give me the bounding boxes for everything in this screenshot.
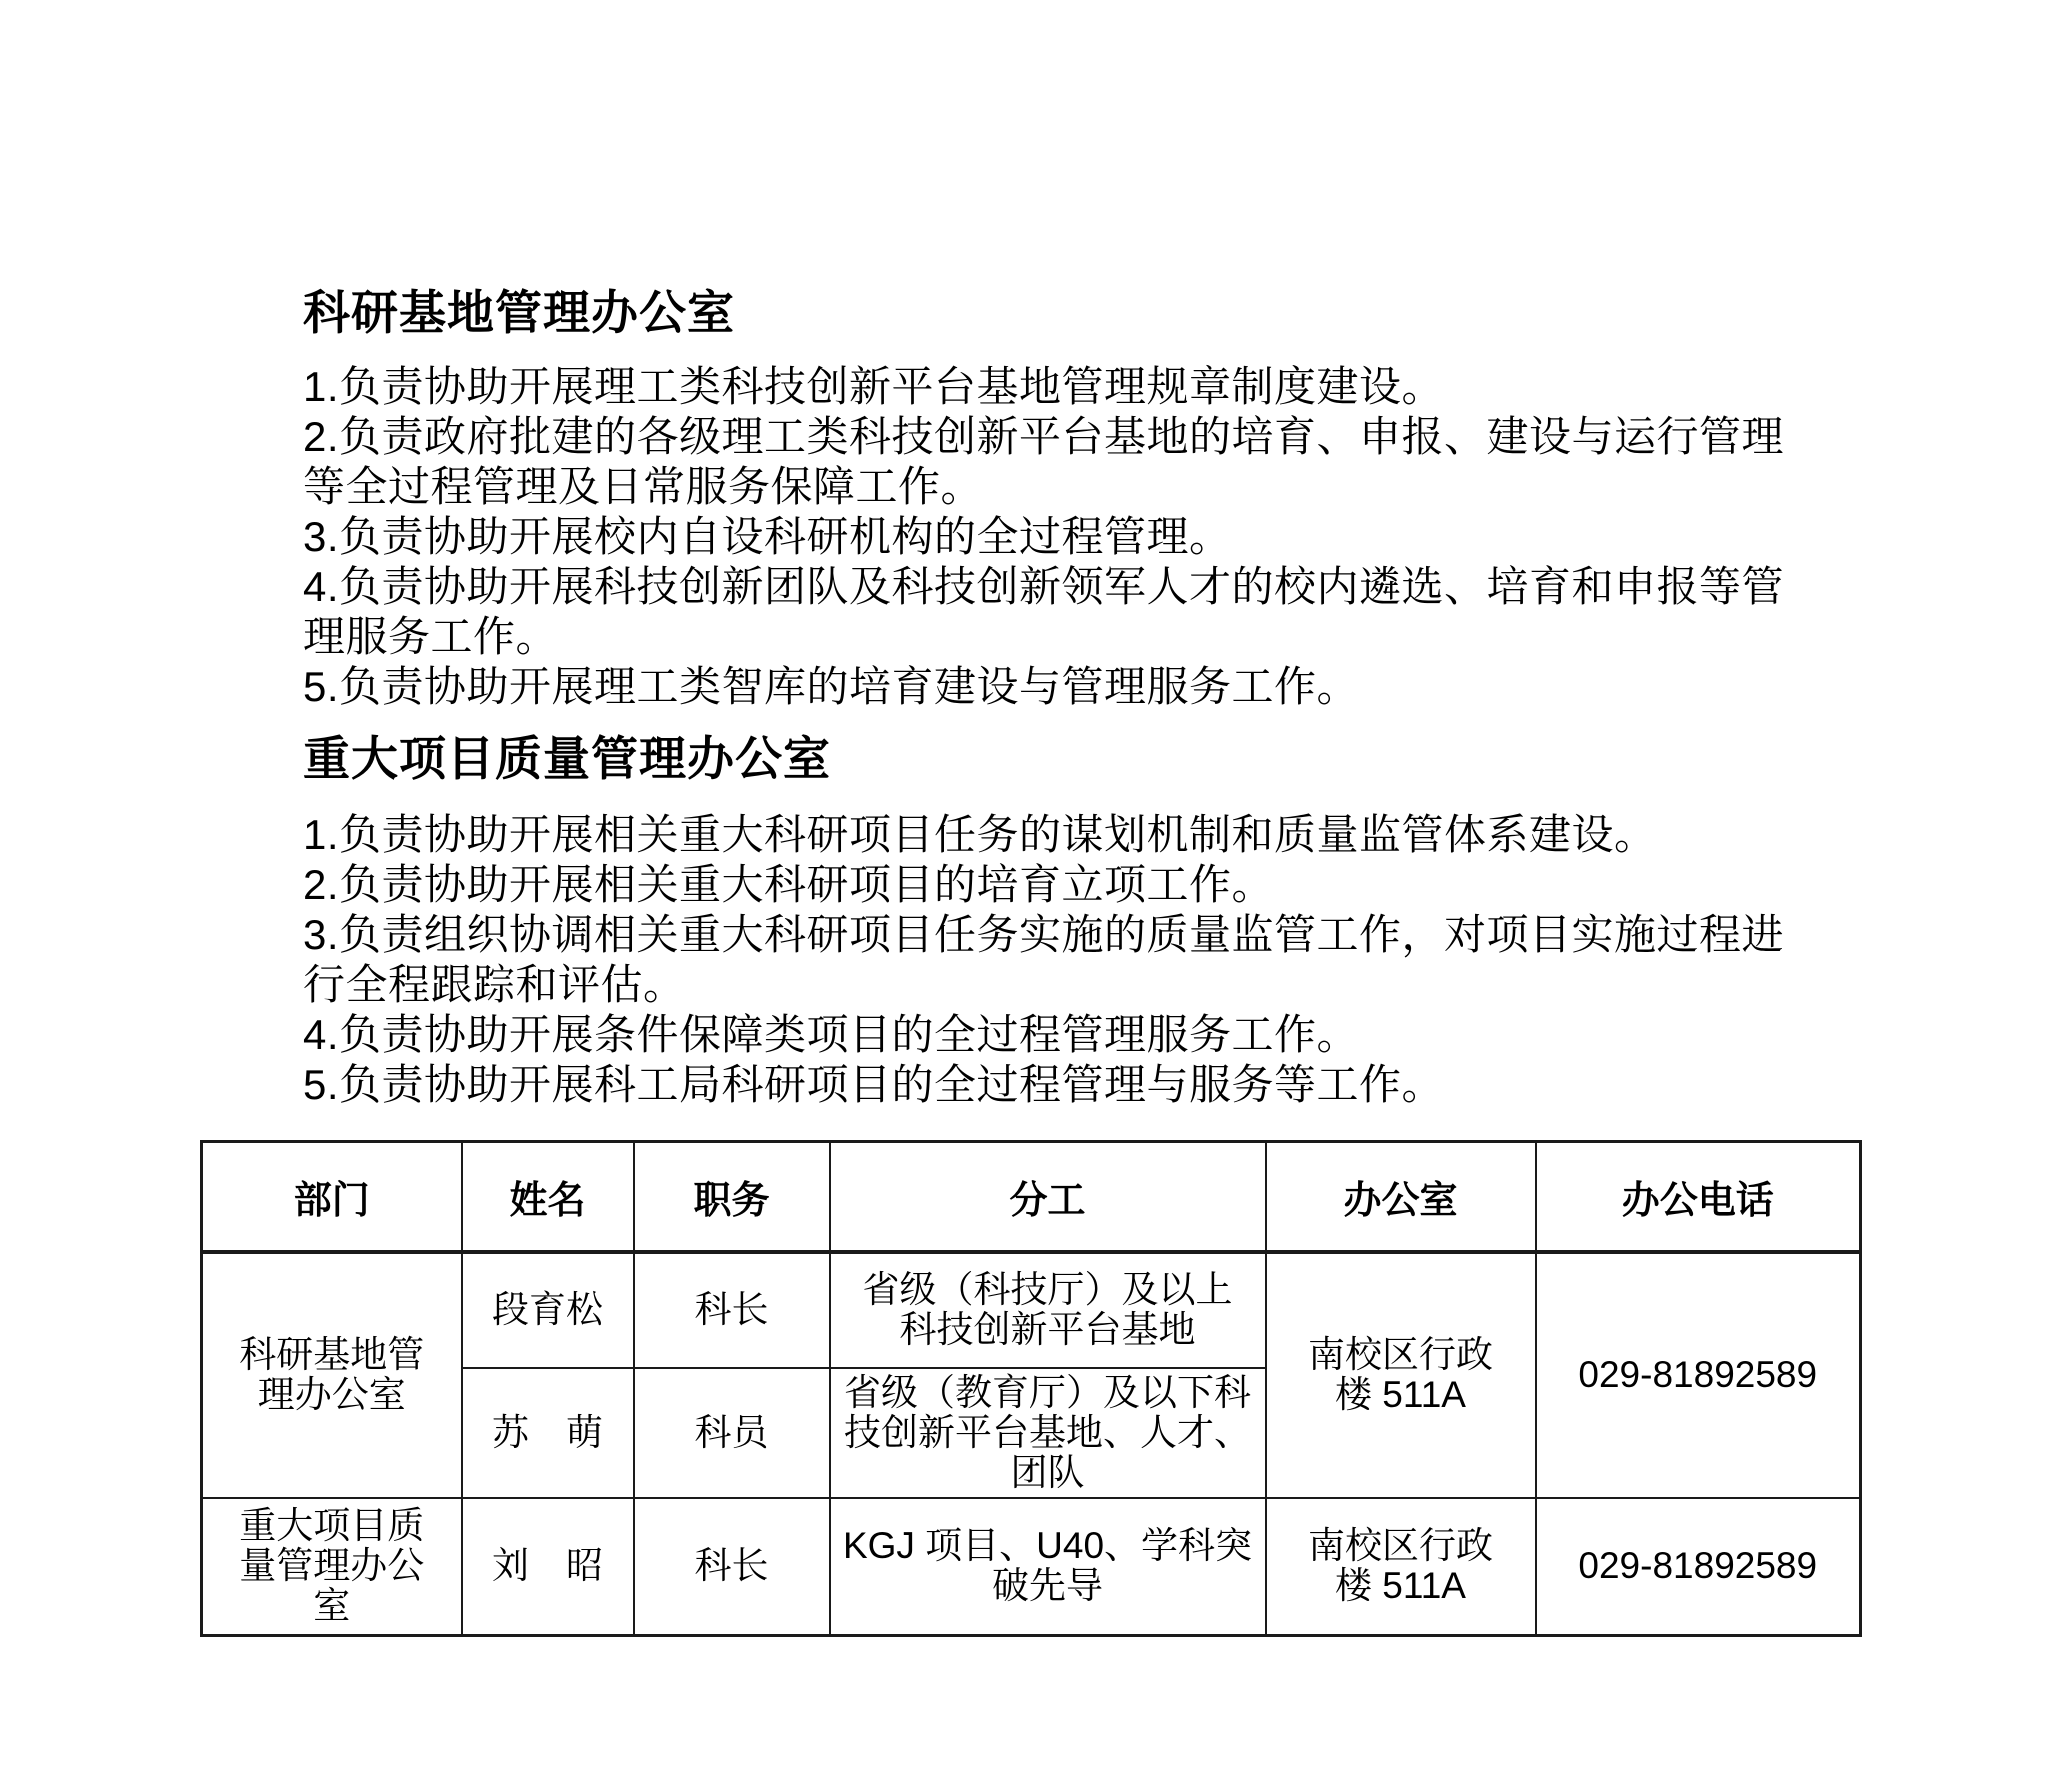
cell-name: 段育松 <box>462 1252 634 1368</box>
table-row: 重大项目质 量管理办公 室 刘 昭 科长 KGJ 项目、U40、学科突 破先导 … <box>202 1498 1861 1636</box>
table-header-row: 部门 姓名 职务 分工 办公室 办公电话 <box>202 1142 1861 1252</box>
list-item: 2.负责政府批建的各级理工类科技创新平台基地的培育、申报、建设与运行管理 等全过… <box>303 412 1883 512</box>
list-item: 5.负责协助开展理工类智库的培育建设与管理服务工作。 <box>303 662 1883 712</box>
list-item: 3.负责组织协调相关重大科研项目任务实施的质量监管工作，对项目实施过程进 行全程… <box>303 910 1883 1010</box>
cell-department: 重大项目质 量管理办公 室 <box>202 1498 462 1636</box>
list-item: 4.负责协助开展条件保障类项目的全过程管理服务工作。 <box>303 1010 1883 1060</box>
staff-table-container: 部门 姓名 职务 分工 办公室 办公电话 科研基地管 理办公室 段育松 科长 省… <box>200 1140 2048 1637</box>
section-major-project-office: 重大项目质量管理办公室 1.负责协助开展相关重大科研项目任务的谋划机制和质量监管… <box>303 732 1883 1110</box>
section-research-base-office: 科研基地管理办公室 1.负责协助开展理工类科技创新平台基地管理规章制度建设。 2… <box>303 0 1883 712</box>
cell-department: 科研基地管 理办公室 <box>202 1252 462 1498</box>
document-body: 科研基地管理办公室 1.负责协助开展理工类科技创新平台基地管理规章制度建设。 2… <box>303 0 1883 1110</box>
duty-list-major-project: 1.负责协助开展相关重大科研项目任务的谋划机制和质量监管体系建设。 2.负责协助… <box>303 810 1883 1110</box>
col-header-department: 部门 <box>202 1142 462 1252</box>
cell-title: 科长 <box>634 1252 830 1368</box>
col-header-duty: 分工 <box>830 1142 1266 1252</box>
table-row: 科研基地管 理办公室 段育松 科长 省级（科技厅）及以上 科技创新平台基地 南校… <box>202 1252 1861 1368</box>
section-heading-major-project: 重大项目质量管理办公室 <box>303 732 1883 786</box>
section-heading-research-base: 科研基地管理办公室 <box>303 0 1883 340</box>
cell-name: 刘 昭 <box>462 1498 634 1636</box>
cell-office: 南校区行政 楼 511A <box>1266 1252 1536 1498</box>
cell-title: 科长 <box>634 1498 830 1636</box>
duty-list-research-base: 1.负责协助开展理工类科技创新平台基地管理规章制度建设。 2.负责政府批建的各级… <box>303 362 1883 712</box>
cell-phone: 029-81892589 <box>1536 1498 1861 1636</box>
list-item: 5.负责协助开展科工局科研项目的全过程管理与服务等工作。 <box>303 1060 1883 1110</box>
list-item: 4.负责协助开展科技创新团队及科技创新领军人才的校内遴选、培育和申报等管 理服务… <box>303 562 1883 662</box>
cell-office: 南校区行政 楼 511A <box>1266 1498 1536 1636</box>
cell-duty: KGJ 项目、U40、学科突 破先导 <box>830 1498 1266 1636</box>
cell-phone: 029-81892589 <box>1536 1252 1861 1498</box>
cell-duty: 省级（教育厅）及以下科 技创新平台基地、人才、 团队 <box>830 1368 1266 1498</box>
cell-title: 科员 <box>634 1368 830 1498</box>
cell-duty: 省级（科技厅）及以上 科技创新平台基地 <box>830 1252 1266 1368</box>
list-item: 1.负责协助开展理工类科技创新平台基地管理规章制度建设。 <box>303 362 1883 412</box>
cell-name: 苏 萌 <box>462 1368 634 1498</box>
col-header-title: 职务 <box>634 1142 830 1252</box>
document-page: 科研基地管理办公室 1.负责协助开展理工类科技创新平台基地管理规章制度建设。 2… <box>0 0 2048 1769</box>
col-header-name: 姓名 <box>462 1142 634 1252</box>
staff-table: 部门 姓名 职务 分工 办公室 办公电话 科研基地管 理办公室 段育松 科长 省… <box>200 1140 1862 1637</box>
col-header-office: 办公室 <box>1266 1142 1536 1252</box>
list-item: 1.负责协助开展相关重大科研项目任务的谋划机制和质量监管体系建设。 <box>303 810 1883 860</box>
list-item: 3.负责协助开展校内自设科研机构的全过程管理。 <box>303 512 1883 562</box>
list-item: 2.负责协助开展相关重大科研项目的培育立项工作。 <box>303 860 1883 910</box>
col-header-phone: 办公电话 <box>1536 1142 1861 1252</box>
